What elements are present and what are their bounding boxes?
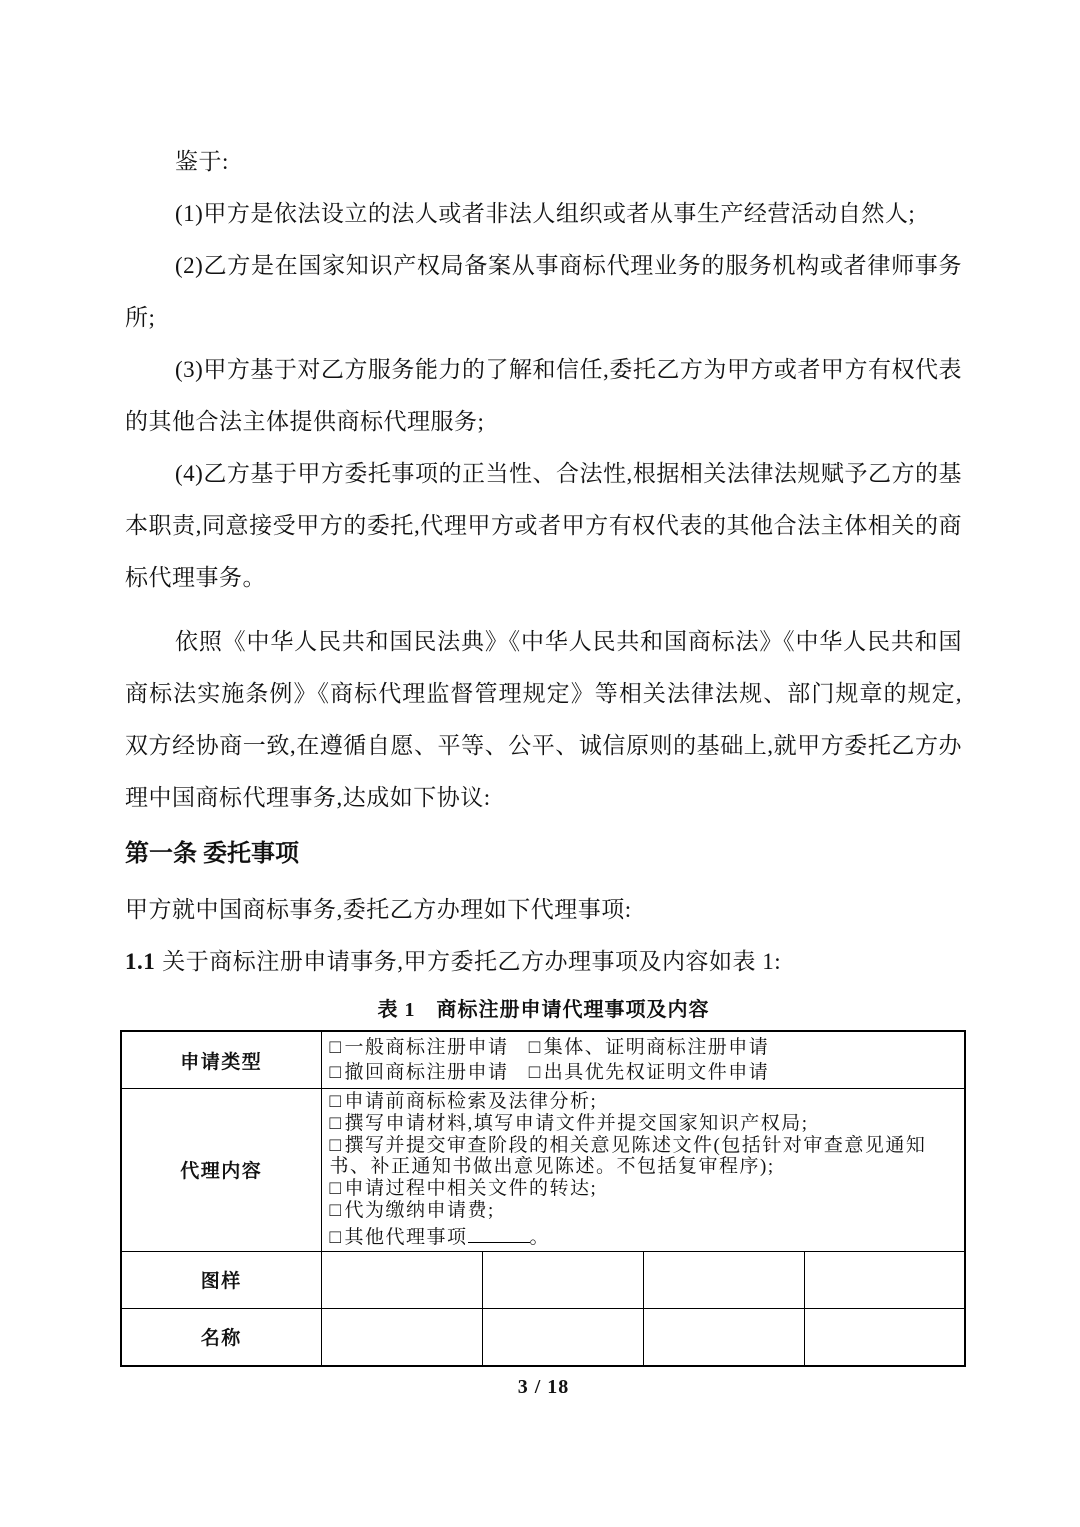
agency-content-items: □申请前商标检索及法律分析; □撰写申请材料,填写申请文件并提交国家知识产权局;… [321,1089,965,1252]
option-collective-certification: □集体、证明商标注册申请 [529,1037,770,1058]
agency-item-3: □撰写并提交审查阶段的相关意见陈述文件(包括针对审查意见通知书、补正通知书做出意… [330,1135,957,1179]
sample-cell-3 [643,1251,804,1308]
name-cell-4 [804,1308,965,1366]
paragraph-recital-2: (2)乙方是在国家知识产权局备案从事商标代理业务的服务机构或者律师事务所; [125,240,962,344]
paragraph-entrust-intro: 甲方就中国商标事务,委托乙方办理如下代理事项: [125,884,962,936]
row-trademark-name: 名称 [121,1308,965,1366]
paragraph-legal-basis: 依照《中华人民共和国民法典》《中华人民共和国商标法》《中华人民共和国商标法实施条… [125,616,962,824]
sample-cell-4 [804,1251,965,1308]
page-number: 3 / 18 [125,1375,962,1399]
option-label: 集体、证明商标注册申请 [544,1037,770,1058]
paragraph-recital-4: (4)乙方基于甲方委托事项的正当性、合法性,根据相关法律法规赋予乙方的基本职责,… [125,448,962,604]
agency-item-label: 代为缴纳申请费; [344,1200,494,1221]
name-cell-1 [321,1308,482,1366]
name-cell-2 [482,1308,643,1366]
paragraph-recital-1: (1)甲方是依法设立的法人或者非法人组织或者从事生产经营活动自然人; [125,188,962,240]
option-general-registration: □一般商标注册申请 [330,1037,509,1058]
name-cell-3 [643,1308,804,1366]
checkbox-icon: □ [330,1062,343,1083]
paragraph-whereas: 鉴于: [125,136,962,188]
agency-item-label: 申请前商标检索及法律分析; [344,1091,597,1112]
option-label: 撤回商标注册申请 [344,1062,508,1083]
checkbox-icon: □ [330,1091,343,1112]
checkbox-icon: □ [330,1227,343,1248]
sample-cell-1 [321,1251,482,1308]
clause-1-1-number: 1.1 [125,949,155,974]
option-label: 一般商标注册申请 [344,1037,508,1058]
table-1: 申请类型 □一般商标注册申请 □集体、证明商标注册申请 □撤回商标注册申请 □出… [120,1030,966,1367]
agency-item-label: 其他代理事项 [344,1227,467,1248]
sample-row-label: 图样 [121,1251,321,1308]
row-agency-content: 代理内容 □申请前商标检索及法律分析; □撰写申请材料,填写申请文件并提交国家知… [121,1089,965,1252]
page-content: 鉴于: (1)甲方是依法设立的法人或者非法人组织或者从事生产经营活动自然人; (… [0,0,1080,1399]
agency-item-4: □申请过程中相关文件的转达; [330,1178,957,1200]
checkbox-icon: □ [330,1178,343,1199]
option-withdraw-registration: □撤回商标注册申请 [330,1062,509,1083]
option-priority-certificate: □出具优先权证明文件申请 [529,1062,770,1083]
name-row-label: 名称 [121,1308,321,1366]
agency-item-2: □撰写申请材料,填写申请文件并提交国家知识产权局; [330,1113,957,1135]
paragraph-recital-3: (3)甲方基于对乙方服务能力的了解和信任,委托乙方为甲方或者甲方有权代表的其他合… [125,344,962,448]
agency-item-5: □代为缴纳申请费; [330,1200,957,1222]
checkbox-icon: □ [330,1135,343,1156]
agency-item-other: □其他代理事项。 [330,1222,957,1249]
application-type-options: □一般商标注册申请 □集体、证明商标注册申请 □撤回商标注册申请 □出具优先权证… [321,1031,965,1089]
sample-cell-2 [482,1251,643,1308]
agency-item-label: 撰写申请材料,填写申请文件并提交国家知识产权局; [344,1113,808,1134]
row-trademark-sample: 图样 [121,1251,965,1308]
agency-item-label: 申请过程中相关文件的转达; [344,1178,597,1199]
checkbox-icon: □ [529,1062,542,1083]
clause-1-1-text: 关于商标注册申请事务,甲方委托乙方办理事项及内容如表 1: [162,949,781,974]
fill-in-blank [468,1222,530,1243]
agency-content-label: 代理内容 [121,1089,321,1252]
agency-item-1: □申请前商标检索及法律分析; [330,1091,957,1113]
option-label: 出具优先权证明文件申请 [544,1062,770,1083]
agency-item-suffix: 。 [530,1227,551,1248]
clause-1-1: 1.1关于商标注册申请事务,甲方委托乙方办理事项及内容如表 1: [125,936,962,988]
agency-item-label: 撰写并提交审查阶段的相关意见陈述文件(包括针对审查意见通知书、补正通知书做出意见… [330,1135,927,1178]
checkbox-icon: □ [330,1200,343,1221]
table-1-title: 表 1 商标注册申请代理事项及内容 [125,990,962,1030]
application-type-line-2: □撤回商标注册申请 □出具优先权证明文件申请 [330,1060,957,1085]
checkbox-icon: □ [330,1113,343,1134]
article-1-heading: 第一条 委托事项 [125,828,962,880]
row-application-type: 申请类型 □一般商标注册申请 □集体、证明商标注册申请 □撤回商标注册申请 □出… [121,1031,965,1089]
checkbox-icon: □ [529,1037,542,1058]
application-type-label: 申请类型 [121,1031,321,1089]
document-page: 鉴于: (1)甲方是依法设立的法人或者非法人组织或者从事生产经营活动自然人; (… [0,0,1080,1527]
checkbox-icon: □ [330,1037,343,1058]
application-type-line-1: □一般商标注册申请 □集体、证明商标注册申请 [330,1035,957,1060]
